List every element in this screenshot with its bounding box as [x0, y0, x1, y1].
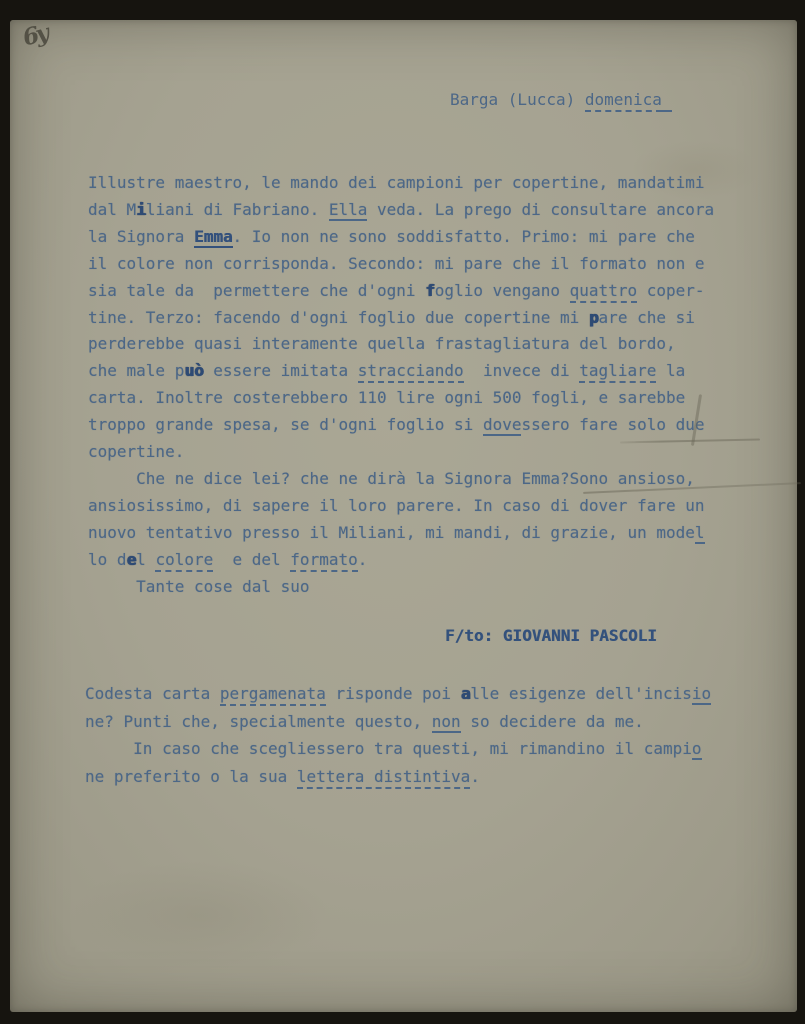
dateline-underlined-day: domenica — [585, 90, 662, 112]
letter-line: ne preferito o la sua lettera distintiva… — [85, 763, 711, 791]
dateline-place: Barga (Lucca) — [450, 90, 585, 109]
letter-line: che male può essere imitata stracciando … — [88, 358, 714, 385]
dateline: Barga (Lucca) domenica — [450, 90, 672, 109]
letter-line: Tante cose dal suo — [88, 574, 714, 601]
signature-line: F/to: GIOVANNI PASCOLI — [445, 626, 657, 645]
letter-line: la Signora Emma. Io non ne sono soddisfa… — [88, 224, 714, 251]
letter-line: ne? Punti che, specialmente questo, non … — [85, 708, 711, 736]
letter-line: sia tale da permettere che d'ogni foglio… — [88, 278, 714, 305]
letter-line: perderebbe quasi interamente quella fras… — [88, 331, 714, 358]
letter-line: lo del colore e del formato. — [88, 547, 714, 574]
letter-line: In caso che scegliessero tra questi, mi … — [85, 735, 711, 763]
letter-line: carta. Inoltre costerebbero 110 lire ogn… — [88, 385, 714, 412]
scan-border: 6y Barga (Lucca) domenica Illustre maest… — [0, 0, 805, 1024]
letter-page: 6y Barga (Lucca) domenica Illustre maest… — [10, 20, 797, 1012]
dateline-underline-tail — [662, 90, 672, 112]
letter-body-main: Illustre maestro, le mando dei campioni … — [88, 170, 714, 601]
letter-line: nuovo tentativo presso il Miliani, mi ma… — [88, 520, 714, 547]
letter-postscript: Codesta carta pergamenata risponde poi a… — [85, 680, 711, 791]
letter-line: il colore non corrisponda. Secondo: mi p… — [88, 251, 714, 278]
letter-line: Illustre maestro, le mando dei campioni … — [88, 170, 714, 197]
letter-line: troppo grande spesa, se d'ogni foglio si… — [88, 412, 714, 439]
letter-line: Codesta carta pergamenata risponde poi a… — [85, 680, 711, 708]
letter-line: tine. Terzo: facendo d'ogni foglio due c… — [88, 305, 714, 332]
letter-line: dal Miliani di Fabriano. Ella veda. La p… — [88, 197, 714, 224]
handwritten-annotation: 6y — [20, 20, 49, 52]
paper-stain — [70, 860, 330, 970]
letter-line: ansiosissimo, di sapere il loro parere. … — [88, 493, 714, 520]
letter-line: Che ne dice lei? che ne dirà la Signora … — [88, 466, 714, 493]
